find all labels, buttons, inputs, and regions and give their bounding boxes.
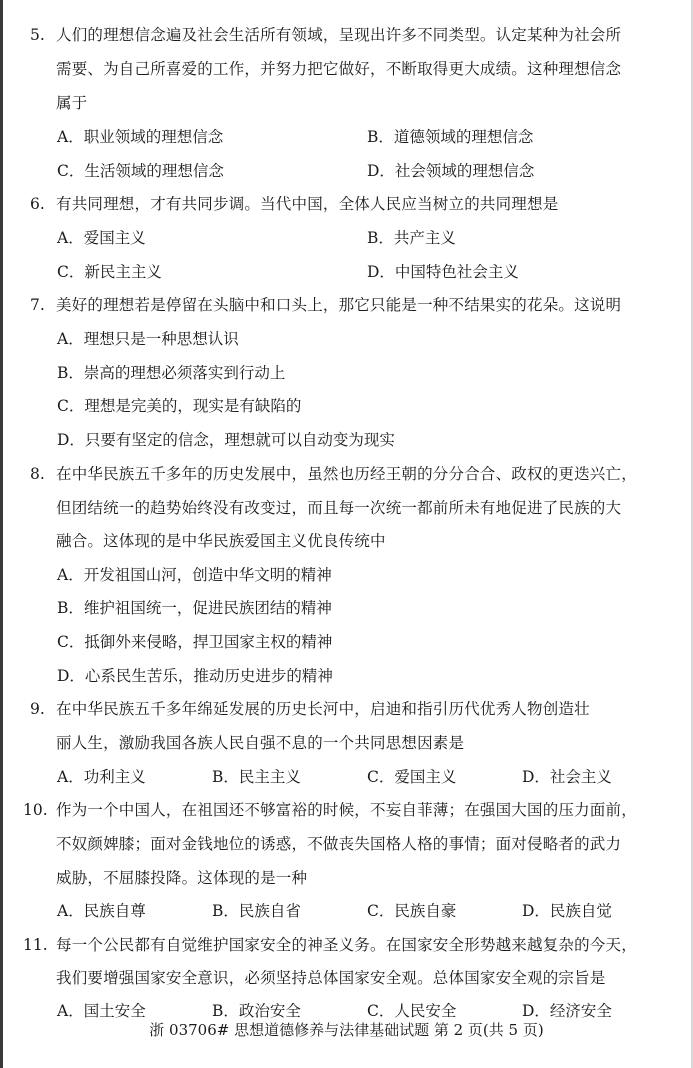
question-text-line: 丽人生，激励我国各族人民自强不息的一个共同思想因素是 [56,726,464,760]
option-a: A．理想只是一种思想认识 [57,322,239,356]
question-text-line: 不奴颜婢膝；面对金钱地位的诱惑，不做丧失国格人格的事情；面对侵略者的武力 [56,827,621,861]
question-text-line: 我们要增强国家安全意识，必须坚持总体国家安全观。总体国家安全观的宗旨是 [56,961,606,995]
option-c: C．理想是完美的，现实是有缺陷的 [57,389,301,423]
question-number: 9. [30,692,45,726]
option-b: B．民主主义 [212,760,301,794]
option-c: C．新民主主义 [57,255,162,289]
question-number: 5. [30,18,45,52]
option-c: C．爱国主义 [367,760,456,794]
option-a: A．开发祖国山河，创造中华文明的精神 [57,558,332,592]
option-c: C．民族自豪 [367,894,456,928]
question-text-line: 属于 [56,86,87,120]
question-text-line: 威胁，不屈膝投降。这体现的是一种 [56,861,307,895]
option-d: D．社会主义 [522,760,612,794]
question-number: 8. [30,457,45,491]
question-text-line: 但团结统一的趋势始终没有改变过，而且每一次统一都前所未有地促进了民族的大 [56,491,621,525]
question-number: 6. [30,187,45,221]
option-b: B．崇高的理想必须落实到行动上 [57,356,285,390]
option-d: D．中国特色社会主义 [367,255,519,289]
option-a: A．民族自尊 [57,894,146,928]
question-number: 11. [23,928,48,962]
question-text-line: 融合。这体现的是中华民族爱国主义优良传统中 [56,524,386,558]
question-text-line: 美好的理想若是停留在头脑中和口头上，那它只能是一种不结果实的花朵。这说明 [56,288,621,322]
question-number: 10. [23,793,48,827]
option-b: B．维护祖国统一，促进民族团结的精神 [57,591,332,625]
question-text-line: 每一个公民都有自觉维护国家安全的神圣义务。在国家安全形势越来越复杂的今天， [56,928,637,962]
option-b: B．民族自省 [212,894,301,928]
question-text-line: 人们的理想信念遍及社会生活所有领域，呈现出许多不同类型。认定某种为社会所 [56,18,621,52]
option-c: C．生活领域的理想信念 [57,154,224,188]
left-page-border [0,0,3,1068]
option-a: A．爱国主义 [57,221,146,255]
option-d: D．民族自觉 [522,894,612,928]
option-b: B．道德领域的理想信念 [367,120,533,154]
question-text-line: 在中华民族五千多年的历史发展中，虽然也历经王朝的分分合合、政权的更迭兴亡， [56,457,637,491]
option-d: D．只要有坚定的信念，理想就可以自动变为现实 [57,423,395,457]
option-a: A．职业领域的理想信念 [57,120,223,154]
question-text-line: 作为一个中国人，在祖国还不够富裕的时候，不妄自菲薄；在强国大国的压力面前， [56,793,637,827]
option-a: A．功利主义 [57,760,146,794]
question-text-line: 在中华民族五千多年绵延发展的历史长河中，启迪和指引历代优秀人物创造壮 [56,692,590,726]
option-d: D．心系民生苦乐，推动历史进步的精神 [57,659,333,693]
page-footer: 浙 03706# 思想道德修养与法律基础试题 第 2 页(共 5 页) [0,1018,693,1042]
option-c: C．抵御外来侵略，捍卫国家主权的精神 [57,625,332,659]
question-text-line: 有共同理想，才有共同步调。当代中国，全体人民应当树立的共同理想是 [56,187,558,221]
option-d: D．社会领域的理想信念 [367,154,534,188]
option-b: B．共产主义 [367,221,456,255]
question-number: 7. [30,288,45,322]
question-text-line: 需要、为自己所喜爱的工作，并努力把它做好，不断取得更大成绩。这种理想信念 [56,52,621,86]
